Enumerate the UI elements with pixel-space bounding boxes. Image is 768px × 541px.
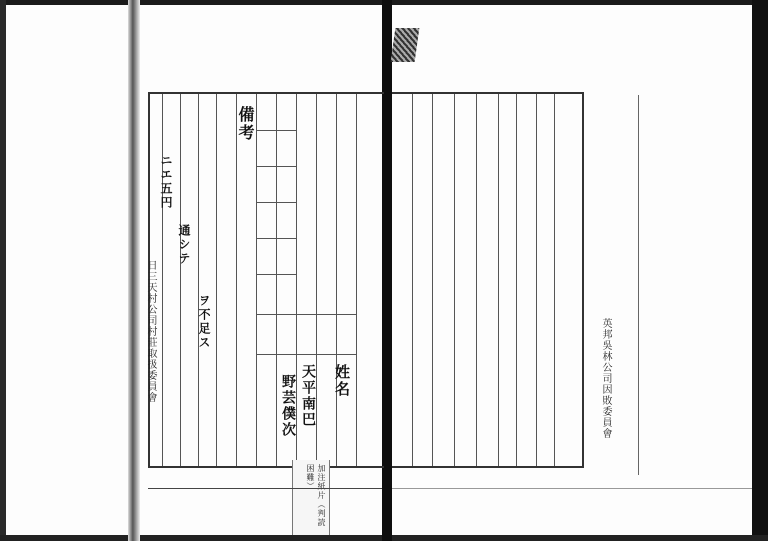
entry-name-2: 野芸僕次 [278, 374, 298, 438]
kana-note-1: ニエ五円 [158, 154, 175, 210]
attached-note-slip: 加注紙片（判読困難） [292, 460, 330, 535]
scan-edge-right [752, 0, 768, 541]
side-stamp: 英邦吳林公司因敗委員會 [598, 318, 613, 439]
entry-name-1: 天平南巴 [298, 364, 318, 428]
right-page-rule [638, 95, 639, 475]
kana-note-3: 通シテ [176, 224, 193, 266]
left-page-table: 備考 姓名 天平南巴 野芸僕次 ニエ五円 ヲ不足ス 通シテ [148, 92, 384, 468]
left-gutter [128, 0, 140, 541]
manuscript-spread: 備考 姓名 天平南巴 野芸僕次 ニエ五円 ヲ不足ス 通シテ 日三天村公司村莊取扱… [0, 0, 768, 541]
left-footer-note: 日三天村公司村莊取扱委員會 [143, 260, 158, 403]
right-footer-rule [392, 488, 752, 489]
right-page-table [392, 92, 584, 468]
remarks-label: 備考 [234, 106, 257, 142]
scan-edge-left [0, 0, 6, 541]
name-header: 姓名 [332, 364, 353, 398]
seal-stamp [391, 28, 420, 62]
kana-note-2: ヲ不足ス [196, 294, 213, 350]
left-footer-rule [148, 488, 382, 489]
